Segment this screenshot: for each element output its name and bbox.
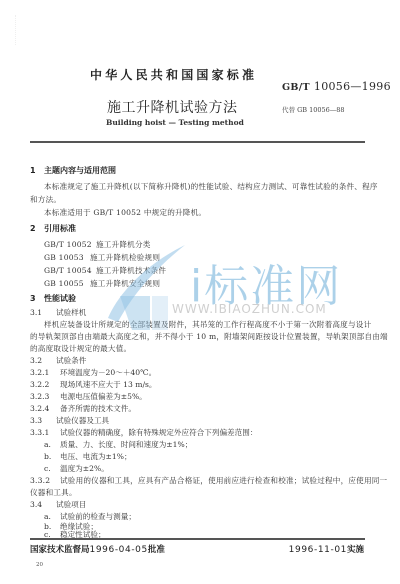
document-title: 施工升降机试验方法 — [107, 97, 238, 117]
section-3-1-line2: 的导轨架顶部自由端最大高度之和，并不得小于 10 m，附墙架间距按设计位置装置，… — [30, 331, 388, 342]
section-3-1-line1: 样机应装备设计所规定的全部装置及附件，其吊笼的工作行程高度不小于第一次附着高度与… — [44, 319, 371, 330]
standard-number: 10056—1996 — [314, 80, 391, 93]
section-3-1-heading: 3.1试验样机 — [30, 307, 86, 318]
accuracy-item: c.温度为±2%。 — [44, 463, 109, 474]
footer-divider — [30, 538, 365, 540]
condition-item: 3.2.3电源电压值偏差为±5%。 — [30, 391, 147, 402]
section-3-3-2-line1: 3.3.2试验用的仪器和工具，应具有产品合格证，使用前应进行检查和校准；试验过程… — [30, 475, 387, 486]
watermark-url: WWW.IBIAOZHUN.COM — [172, 302, 327, 316]
reference-item: GB 10053施工升降机检验规则 — [44, 252, 160, 263]
standard-code: GB/T10056—1996 — [282, 80, 391, 93]
section-3-heading: 3性能试验 — [30, 293, 76, 304]
reference-item: GB/T 10054施工升降机技术条件 — [44, 265, 166, 276]
accuracy-item: b.电压、电流为±1%； — [44, 451, 132, 462]
page-number: 20 — [36, 562, 43, 568]
section-2-heading: 2引用标准 — [30, 223, 76, 234]
implementation-info: 1996-11-01实施 — [289, 543, 364, 555]
header-divider — [30, 141, 365, 143]
section-3-3-1: 3.3.1试验仪器的精确度，除有特殊规定外应符合下列偏差范围： — [30, 427, 257, 438]
approval-date: 1996-04-05 — [90, 545, 148, 555]
condition-item: 3.2.4备齐所需的技术文件。 — [30, 403, 136, 414]
section-1-para2: 本标准适用于 GB/T 10052 中规定的升降机。 — [44, 207, 206, 218]
section-1-para1-line1: 本标准规定了施工升降机(以下简称升降机)的性能试验、结构应力测试、可靠性试验的条… — [44, 181, 378, 192]
condition-item: 3.2.2现场风速不应大于 13 m/s。 — [30, 379, 157, 390]
reference-item: GB 10055施工升降机安全规则 — [44, 278, 160, 289]
section-3-3-2-line2: 仪器和工具。 — [30, 487, 77, 498]
condition-item: 3.2.1环境温度为－20～＋40℃。 — [30, 367, 156, 378]
section-1-para1-line2: 和方法。 — [30, 194, 61, 205]
replaces-standard: 代替 GB 10056—88 — [282, 105, 345, 114]
implementation-date: 1996-11-01 — [289, 545, 347, 555]
reference-item: GB/T 10052施工升降机分类 — [44, 239, 151, 250]
document-title-english: Building hoist — Testing method — [106, 118, 244, 127]
section-3-1-line3: 的高度取设计规定的最大值。 — [30, 343, 131, 354]
section-3-2-heading: 3.2试验条件 — [30, 355, 86, 366]
standard-prefix: GB/T — [282, 82, 310, 93]
approval-suffix: 批准 — [148, 545, 165, 555]
section-3-4-heading: 3.4试验项目 — [30, 499, 86, 510]
section-3-3-heading: 3.3试验仪器及工具 — [30, 415, 109, 426]
accuracy-item: a.质量、力、长度、时间和速度为±1%； — [44, 439, 192, 450]
implementation-suffix: 实施 — [347, 545, 364, 555]
approving-authority: 国家技术监督局 — [30, 545, 90, 555]
country-standard-heading: 中华人民共和国国家标准 — [90, 66, 257, 83]
watermark-brand: i标准网 — [190, 250, 342, 314]
section-1-heading: 1主题内容与适用范围 — [30, 165, 116, 176]
approval-info: 国家技术监督局1996-04-05批准 — [30, 543, 165, 555]
scan-artifact — [15, 15, 18, 45]
